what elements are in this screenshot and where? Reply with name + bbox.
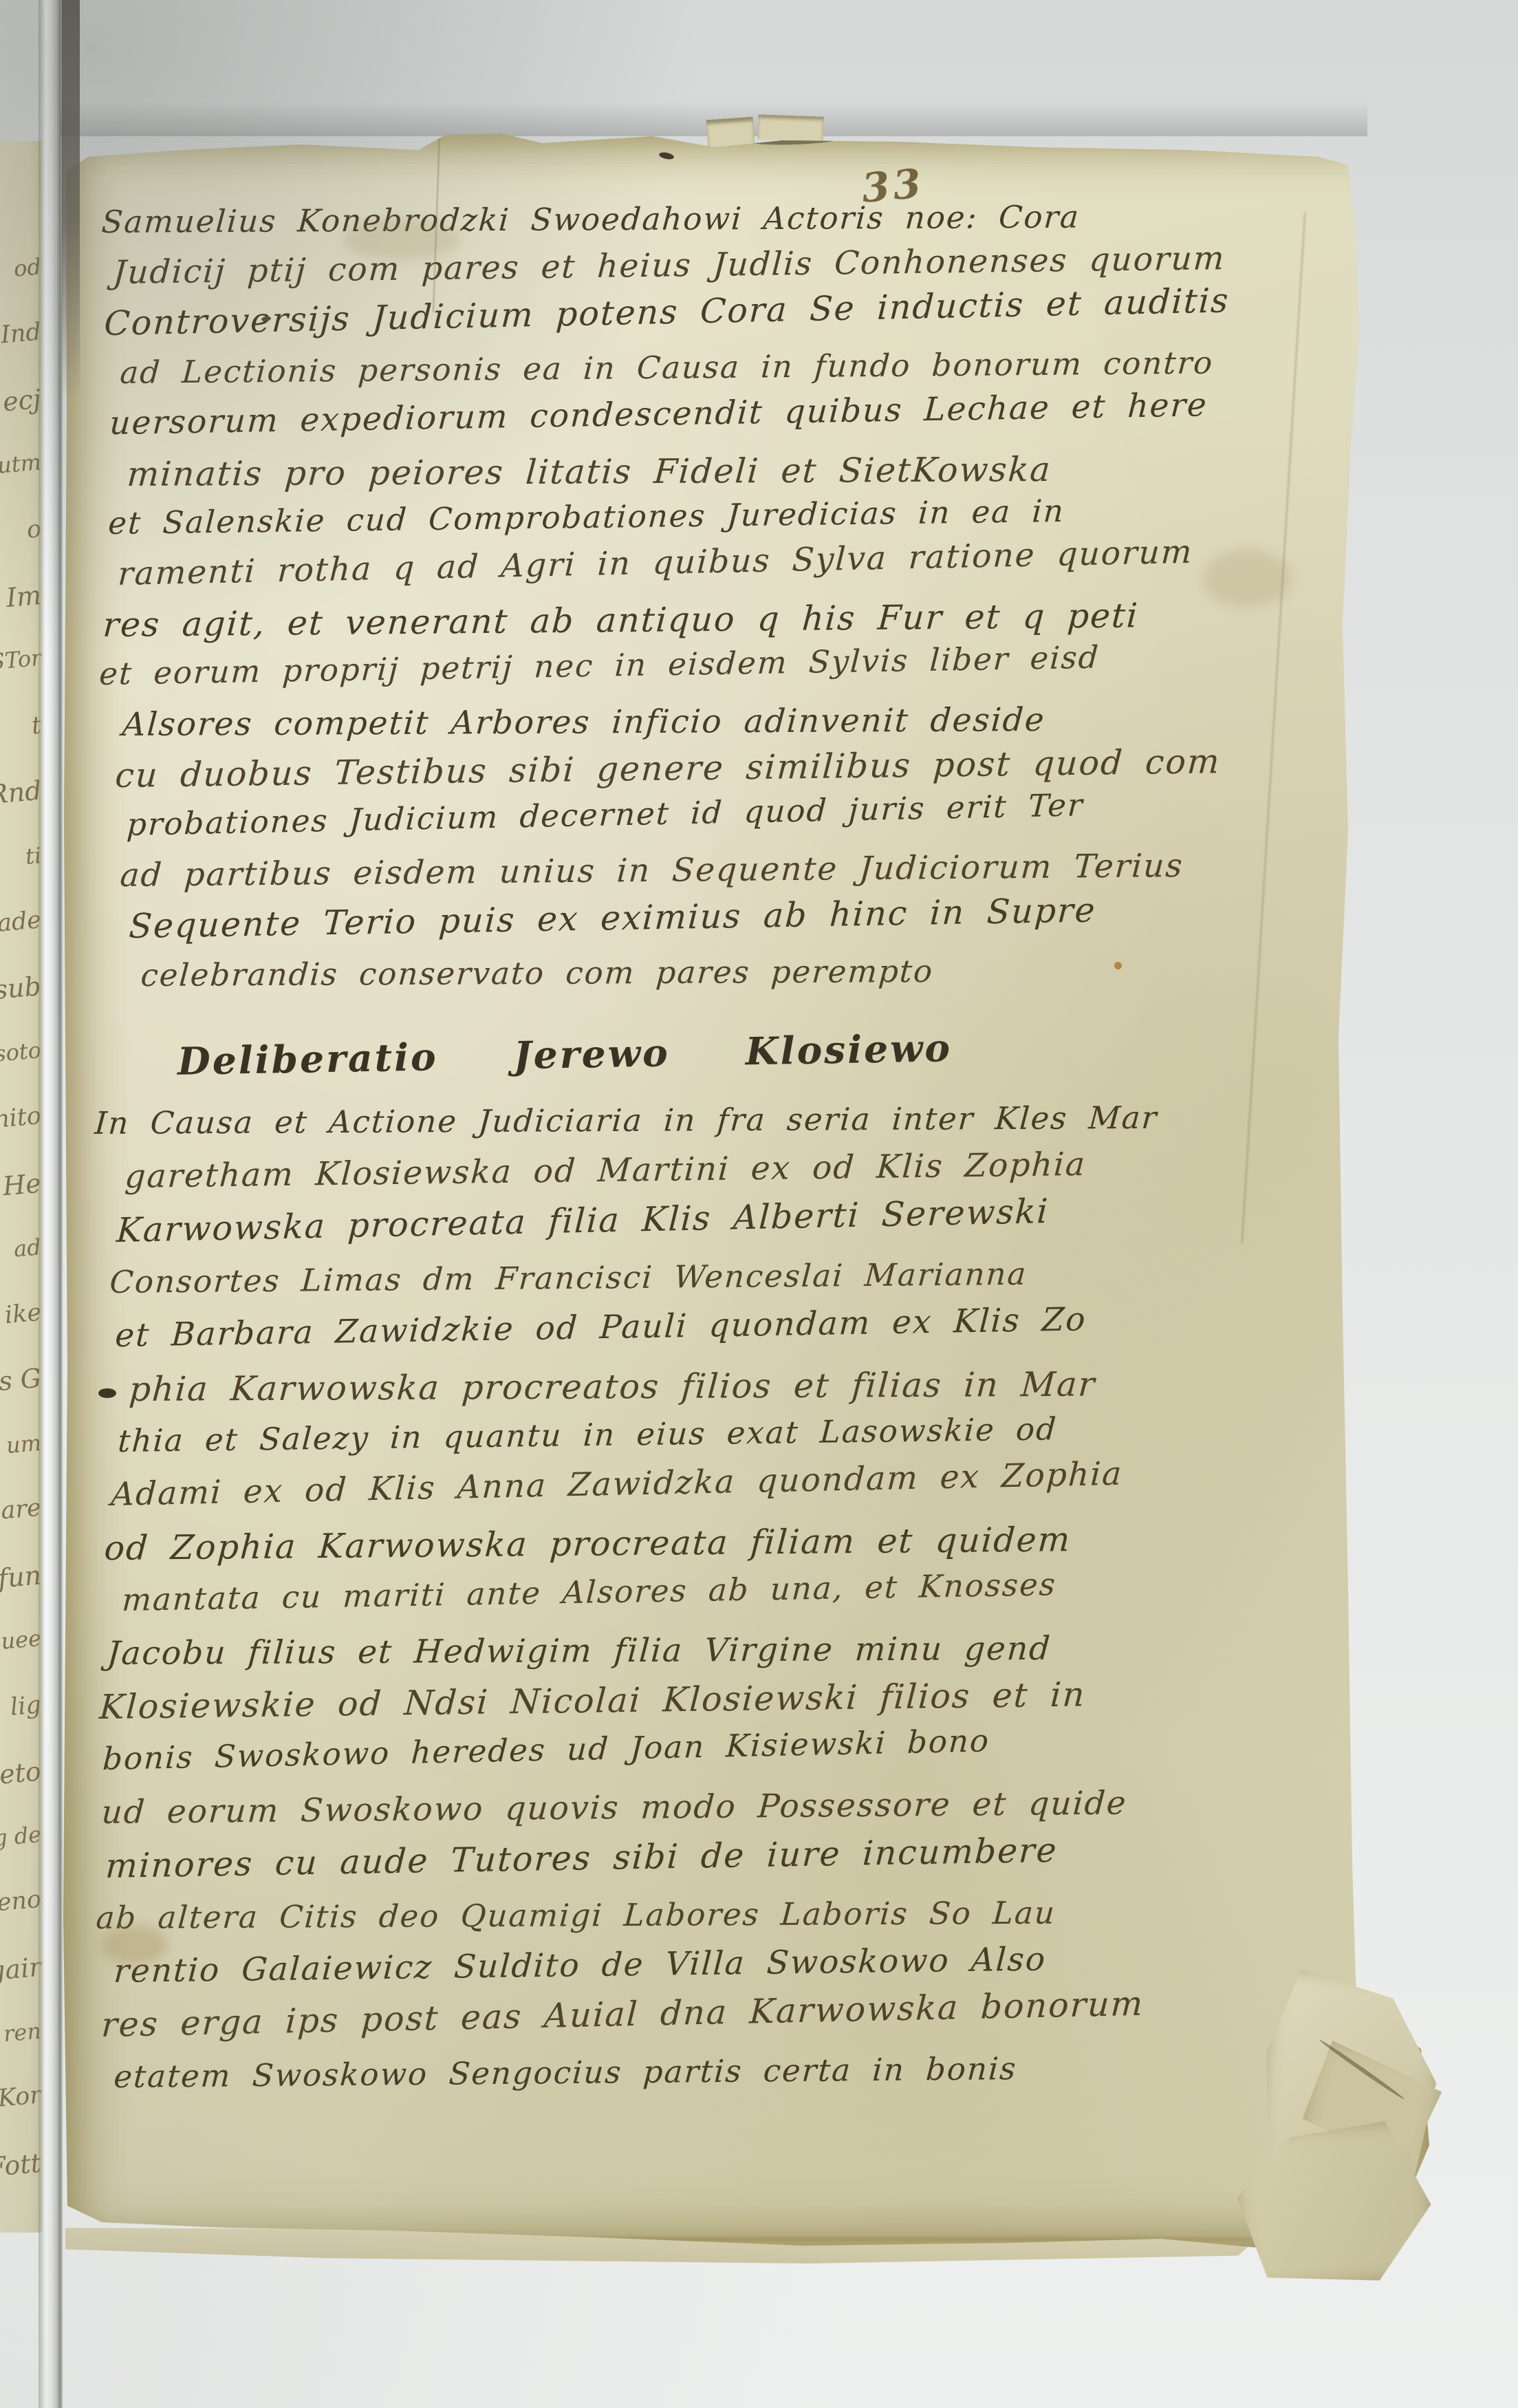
- margin-text-fragment: STor: [0, 645, 43, 675]
- margin-text-fragment: ecj: [2, 384, 43, 418]
- margin-text-fragment: He: [2, 1168, 43, 1202]
- scanned-manuscript-photo: { "document": { "page_number": "33", "he…: [0, 0, 1518, 2408]
- margin-text-fragment: Ind: [0, 319, 43, 350]
- ink-speck: [658, 151, 674, 160]
- handwritten-line: Samuelius Konebrodzki Swoedahowi Actoris…: [100, 199, 1081, 240]
- margin-text-fragment: utm: [0, 449, 43, 478]
- paper-stain: [343, 219, 459, 260]
- handwritten-line: ad Lectionis personis ea in Causa in fun…: [119, 345, 1215, 391]
- margin-text-fragment: nito: [0, 1102, 43, 1134]
- handwritten-line: et Salenskie cud Comprobationes Juredici…: [107, 493, 1065, 541]
- handwritten-line: ab altera Citis deo Quamigi Labores Labo…: [95, 1895, 1057, 1936]
- handwritten-line: res agit, et venerant ab antiquo q his F…: [102, 596, 1140, 645]
- facing-page-edge: odIndecjutmoImSTortRndtiadeesubsotonitoH…: [0, 141, 43, 2233]
- paper-stain: [102, 1925, 167, 1965]
- glass-holder-rod: [39, 0, 63, 2408]
- handwritten-line: ad partibus eisdem unius in Sequente Jud…: [119, 847, 1184, 894]
- manuscript-page: 33 Samuelius Konebrodzki Swoedahowi Acto…: [61, 129, 1431, 2259]
- margin-text-fragment: gare: [0, 1494, 43, 1527]
- handwritten-line: mantata cu mariti ante Alsores ab una, e…: [121, 1566, 1057, 1618]
- margin-text-fragment: Im: [5, 580, 43, 613]
- margin-text-fragment: ren: [3, 2018, 43, 2047]
- margin-text-fragment: ineno: [0, 1886, 43, 1919]
- handwritten-line: minores cu aude Tutores sibi de iure inc…: [105, 1831, 1059, 1886]
- margin-text-fragment: eto: [0, 1756, 43, 1789]
- ink-blot: [98, 1388, 116, 1398]
- paper-crease: [1241, 213, 1306, 1243]
- paper-stain: [1202, 549, 1292, 608]
- handwritten-line: thia et Salezy in quantu in eius exat La…: [117, 1410, 1059, 1459]
- handwritten-line: uersorum expediorum condescendit quibus …: [109, 386, 1208, 442]
- margin-text-fragment: Rnd: [0, 775, 43, 810]
- handwritten-line: etatem Swoskowo Sengocius partis certa i…: [113, 2050, 1018, 2095]
- handwritten-line: Consortes Limas dm Francisci Wenceslai M…: [109, 1256, 1028, 1300]
- margin-text-fragment: g de: [0, 1821, 43, 1851]
- handwritten-line: od Zophia Karwowska procreata filiam et …: [103, 1520, 1072, 1568]
- margin-text-fragment: ike: [3, 1299, 42, 1329]
- handwritten-line: Jacobu filius et Hedwigim filia Virgine …: [106, 1630, 1052, 1673]
- handwritten-line: bonis Swoskowo heredes ud Joan Kisiewski…: [102, 1722, 990, 1777]
- margin-text-fragment: esub: [0, 971, 43, 1007]
- handwritten-line: et eorum proprij petrij nec in eisdem Sy…: [98, 639, 1100, 692]
- handwritten-line: et Barbara Zawidzkie od Pauli quondam ex…: [114, 1300, 1087, 1355]
- handwritten-line: res erga ips post eas Auial dna Karwowsk…: [100, 1984, 1145, 2045]
- handwritten-line: ud eorum Swoskowo quovis modo Possessore…: [100, 1784, 1128, 1831]
- handwritten-line: Sequente Terio puis ex eximius ab hinc i…: [128, 890, 1097, 946]
- margin-text-fragment: Fott: [0, 2148, 43, 2183]
- binding-shadow: [62, 0, 80, 399]
- margin-text-fragment: gair: [0, 1952, 43, 1987]
- rust-speck: [1114, 962, 1122, 969]
- handwritten-line: celebrandis conservato com pares perempt…: [140, 953, 935, 993]
- handwritten-line: Karwowska procreata filia Klis Alberti S…: [116, 1192, 1050, 1250]
- margin-text-fragment: ade: [0, 906, 43, 937]
- margin-text-fragment: fun: [0, 1560, 43, 1593]
- handwritten-line: ramenti rotha q ad Agri in quibus Sylva …: [117, 533, 1194, 593]
- handwritten-line: Klosiewskie od Ndsi Nicolai Klosiewski f…: [98, 1675, 1087, 1727]
- margin-text-fragment: ta Kor: [0, 2081, 43, 2115]
- handwritten-line: Controversijs Judicium potens Cora Se in…: [103, 281, 1230, 343]
- handwritten-line: probationes Judicium decernet id quod ju…: [126, 786, 1085, 843]
- paper-tab-top-edge-2: [757, 114, 823, 141]
- section-heading: Deliberatio Jerewo Klosiewo: [177, 1025, 953, 1084]
- margin-text-fragment: suee: [0, 1625, 43, 1655]
- handwritten-line: Adami ex od Klis Anna Zawidzka quondam e…: [110, 1455, 1124, 1514]
- handwritten-line: rentio Galaiewicz Suldito de Villa Swosk…: [113, 1940, 1048, 1990]
- handwritten-line: Alsores competit Arbores inficio adinven…: [121, 701, 1046, 744]
- handwritten-line: garetham Klosiewska od Martini ex od Kli…: [124, 1146, 1087, 1196]
- margin-text-fragment: soto: [0, 1037, 43, 1067]
- handwritten-line: phia Karwowska procreatos filios et fili…: [128, 1365, 1097, 1409]
- margin-text-fragment: tos G: [0, 1363, 43, 1399]
- handwritten-line: In Causa et Actione Judiciaria in fra se…: [94, 1099, 1159, 1141]
- handwritten-line: minatis pro peiores litatis Fideli et Si…: [126, 450, 1052, 494]
- margin-text-fragment: um: [5, 1430, 42, 1459]
- margin-text-fragment: lig: [10, 1691, 43, 1721]
